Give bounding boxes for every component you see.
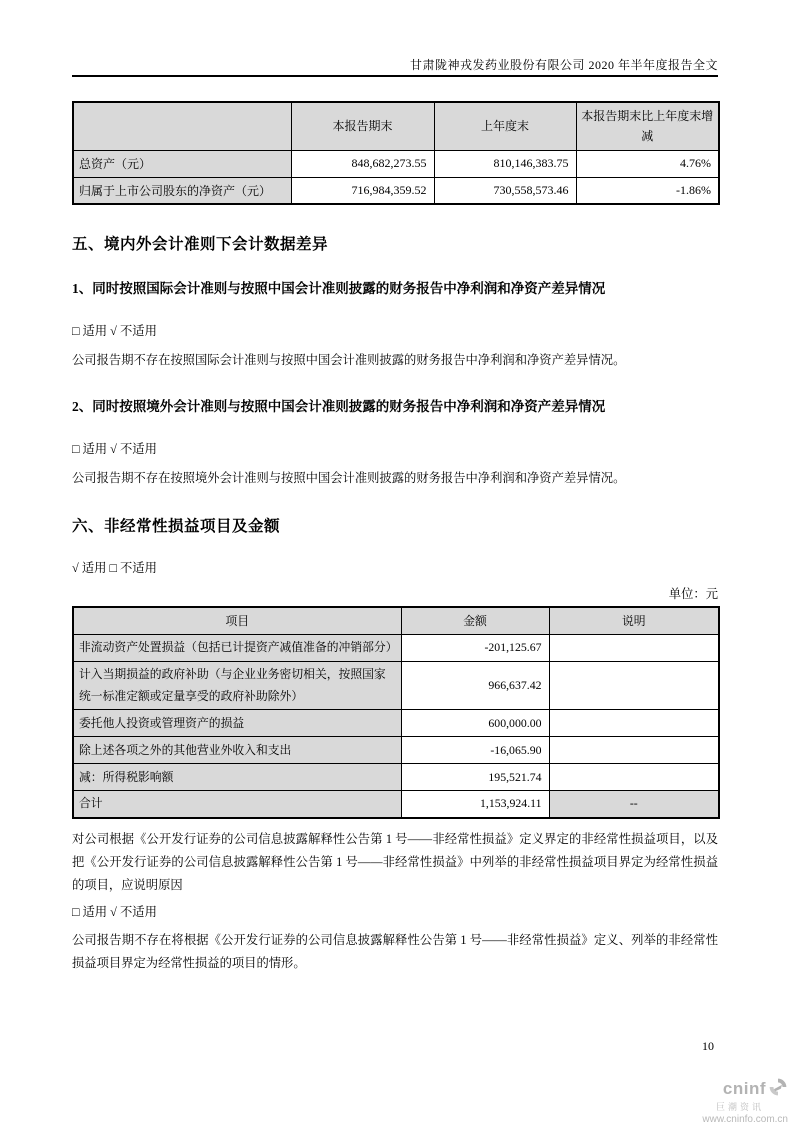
table-row: 委托他人投资或管理资产的损益 600,000.00 xyxy=(73,710,719,737)
section5-sub2-note: 公司报告期不存在按照境外会计准则与按照中国会计准则披露的财务报告中净利润和净资产… xyxy=(72,471,718,486)
amount-value: 195,521.74 xyxy=(401,764,549,791)
item-label: 减：所得税影响额 xyxy=(73,764,401,791)
table-row: 减：所得税影响额 195,521.74 xyxy=(73,764,719,791)
unit-label: 单位：元 xyxy=(72,587,718,602)
page-content: 甘肃陇神戎发药业股份有限公司 2020 年半年度报告全文 本报告期末 上年度末 … xyxy=(72,0,718,975)
item-label: 委托他人投资或管理资产的损益 xyxy=(73,710,401,737)
key-financials-table: 本报告期末 上年度末 本报告期末比上年度末增减 总资产（元） 848,682,2… xyxy=(72,101,720,205)
note-value xyxy=(549,737,719,764)
non-recurring-items-table: 项目 金额 说明 非流动资产处置损益（包括已计提资产减值准备的冲销部分） -20… xyxy=(72,606,720,819)
table-row: 总资产（元） 848,682,273.55 810,146,383.75 4.7… xyxy=(73,150,719,177)
item-label: 非流动资产处置损益（包括已计提资产减值准备的冲销部分） xyxy=(73,634,401,661)
total-label: 合计 xyxy=(73,791,401,818)
section5-sub1-note: 公司报告期不存在按照国际会计准则与按照中国会计准则披露的财务报告中净利润和净资产… xyxy=(72,353,718,368)
table-row: 计入当期损益的政府补助（与企业业务密切相关，按照国家统一标准定额或定量享受的政府… xyxy=(73,661,719,710)
prior-value: 810,146,383.75 xyxy=(434,150,576,177)
section6-heading: 六、非经常性损益项目及金额 xyxy=(72,514,718,536)
cninfo-logo: cninf 巨潮资讯 www.cninfo.com.cn xyxy=(702,1077,788,1122)
applicability-line: □ 适用 √ 不适用 xyxy=(72,905,718,920)
total-note: -- xyxy=(549,791,719,818)
applicability-line: √ 适用 □ 不适用 xyxy=(72,561,718,576)
change-value: -1.86% xyxy=(576,177,719,204)
amount-value: -201,125.67 xyxy=(401,634,549,661)
table-row: 归属于上市公司股东的净资产（元） 716,984,359.52 730,558,… xyxy=(73,177,719,204)
note-value xyxy=(549,634,719,661)
note-value xyxy=(549,661,719,710)
header-cell-change: 本报告期末比上年度末增减 xyxy=(576,102,719,150)
current-value: 848,682,273.55 xyxy=(291,150,434,177)
report-running-header: 甘肃陇神戎发药业股份有限公司 2020 年半年度报告全文 xyxy=(72,0,718,77)
header-cell-blank xyxy=(73,102,291,150)
amount-value: -16,065.90 xyxy=(401,737,549,764)
prior-value: 730,558,573.46 xyxy=(434,177,576,204)
header-cell-amount: 金额 xyxy=(401,607,549,635)
item-label: 计入当期损益的政府补助（与企业业务密切相关，按照国家统一标准定额或定量享受的政府… xyxy=(73,661,401,710)
header-cell-item: 项目 xyxy=(73,607,401,635)
applicability-line: □ 适用 √ 不适用 xyxy=(72,324,718,339)
cninfo-swirl-icon xyxy=(768,1077,788,1102)
section5-sub1-heading: 1、同时按照国际会计准则与按照中国会计准则披露的财务报告中净利润和净资产差异情况 xyxy=(72,277,718,297)
note-value xyxy=(549,710,719,737)
table-header-row: 本报告期末 上年度末 本报告期末比上年度末增减 xyxy=(73,102,719,150)
table-row: 除上述各项之外的其他营业外收入和支出 -16,065.90 xyxy=(73,737,719,764)
change-value: 4.76% xyxy=(576,150,719,177)
cninfo-brand-text: cninf xyxy=(723,1080,766,1099)
row-label: 归属于上市公司股东的净资产（元） xyxy=(73,177,291,204)
section5-heading: 五、境内外会计准则下会计数据差异 xyxy=(72,232,718,254)
amount-value: 600,000.00 xyxy=(401,710,549,737)
header-cell-note: 说明 xyxy=(549,607,719,635)
cninfo-url: www.cninfo.com.cn xyxy=(702,1114,788,1122)
header-cell-prior-year: 上年度末 xyxy=(434,102,576,150)
section5-sub2-heading: 2、同时按照境外会计准则与按照中国会计准则披露的财务报告中净利润和净资产差异情况 xyxy=(72,395,718,415)
section6-explanation: 对公司根据《公开发行证券的公司信息披露解释性公告第 1 号——非经常性损益》定义… xyxy=(72,828,718,897)
current-value: 716,984,359.52 xyxy=(291,177,434,204)
row-label: 总资产（元） xyxy=(73,150,291,177)
applicability-line: □ 适用 √ 不适用 xyxy=(72,442,718,457)
amount-value: 966,637.42 xyxy=(401,661,549,710)
header-cell-current-period: 本报告期末 xyxy=(291,102,434,150)
section6-closing-note: 公司报告期不存在将根据《公开发行证券的公司信息披露解释性公告第 1 号——非经常… xyxy=(72,929,718,975)
total-amount: 1,153,924.11 xyxy=(401,791,549,818)
item-label: 除上述各项之外的其他营业外收入和支出 xyxy=(73,737,401,764)
table-row: 非流动资产处置损益（包括已计提资产减值准备的冲销部分） -201,125.67 xyxy=(73,634,719,661)
table-total-row: 合计 1,153,924.11 -- xyxy=(73,791,719,818)
page-number: 10 xyxy=(702,1039,714,1054)
table-header-row: 项目 金额 说明 xyxy=(73,607,719,635)
cninfo-chinese-name: 巨潮资讯 xyxy=(702,1103,764,1113)
note-value xyxy=(549,764,719,791)
